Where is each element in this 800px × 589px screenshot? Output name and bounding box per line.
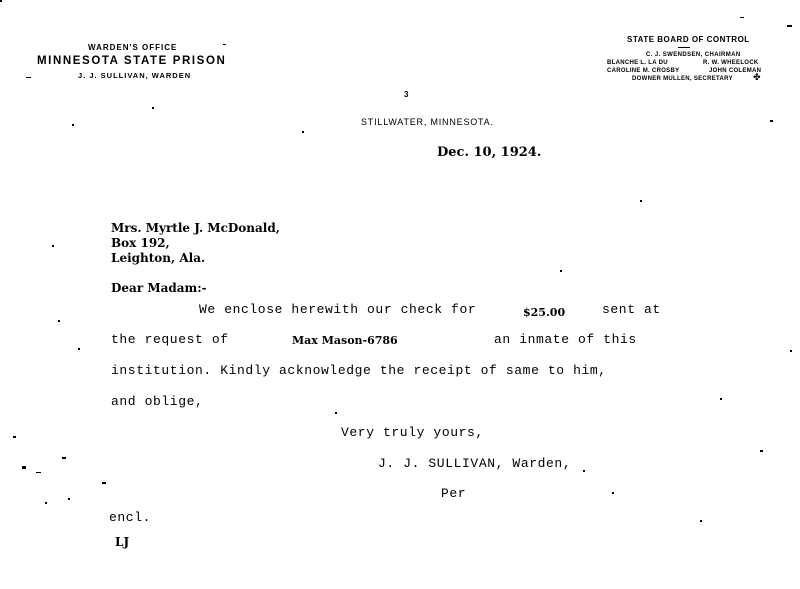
page-mark: 3 — [404, 90, 409, 99]
place-line: STILLWATER, MINNESOTA. — [361, 117, 494, 127]
body-line1-start: We enclose herewith our check for — [199, 302, 476, 317]
check-amount: $25.00 — [523, 306, 565, 319]
body-line4: and oblige, — [111, 394, 203, 409]
body-line2-start: the request of — [111, 332, 229, 347]
salutation: Dear Madam:- — [111, 281, 207, 295]
recipient-city: Leighton, Ala. — [111, 251, 205, 265]
board-member-crosby: CAROLINE M. CROSBY — [607, 68, 679, 74]
body-line1-end: sent at — [602, 302, 661, 317]
recipient-box: Box 192, — [111, 236, 170, 250]
recipient-name: Mrs. Myrtle J. McDonald, — [111, 221, 280, 235]
enclosure-note: encl. — [109, 510, 151, 525]
typist-initials: LJ — [115, 535, 129, 549]
inmate-name: Max Mason-6786 — [292, 334, 398, 347]
board-member-ladu: BLANCHE L. LA DU — [607, 60, 668, 66]
board-chairman: C. J. SWENDSEN, CHAIRMAN — [646, 52, 741, 58]
letterhead-warden: J. J. SULLIVAN, WARDEN — [78, 71, 191, 80]
board-member-wheelock: R. W. WHEELOCK — [703, 60, 759, 66]
letterhead-institution: MINNESOTA STATE PRISON — [37, 55, 226, 67]
valediction: Very truly yours, — [341, 425, 484, 440]
body-line2-end: an inmate of this — [494, 332, 637, 347]
union-bug-icon: ✤ — [753, 73, 761, 83]
per-line: Per — [441, 486, 466, 501]
board-secretary: DOWNER MULLEN, SECRETARY — [632, 76, 733, 82]
body-line3: institution. Kindly acknowledge the rece… — [111, 363, 607, 378]
signer: J. J. SULLIVAN, Warden, — [378, 456, 571, 471]
letter-date: Dec. 10, 1924. — [437, 145, 541, 160]
letterhead-board: STATE BOARD OF CONTROL — [627, 35, 750, 44]
letterhead-office: WARDEN'S OFFICE — [88, 43, 177, 52]
